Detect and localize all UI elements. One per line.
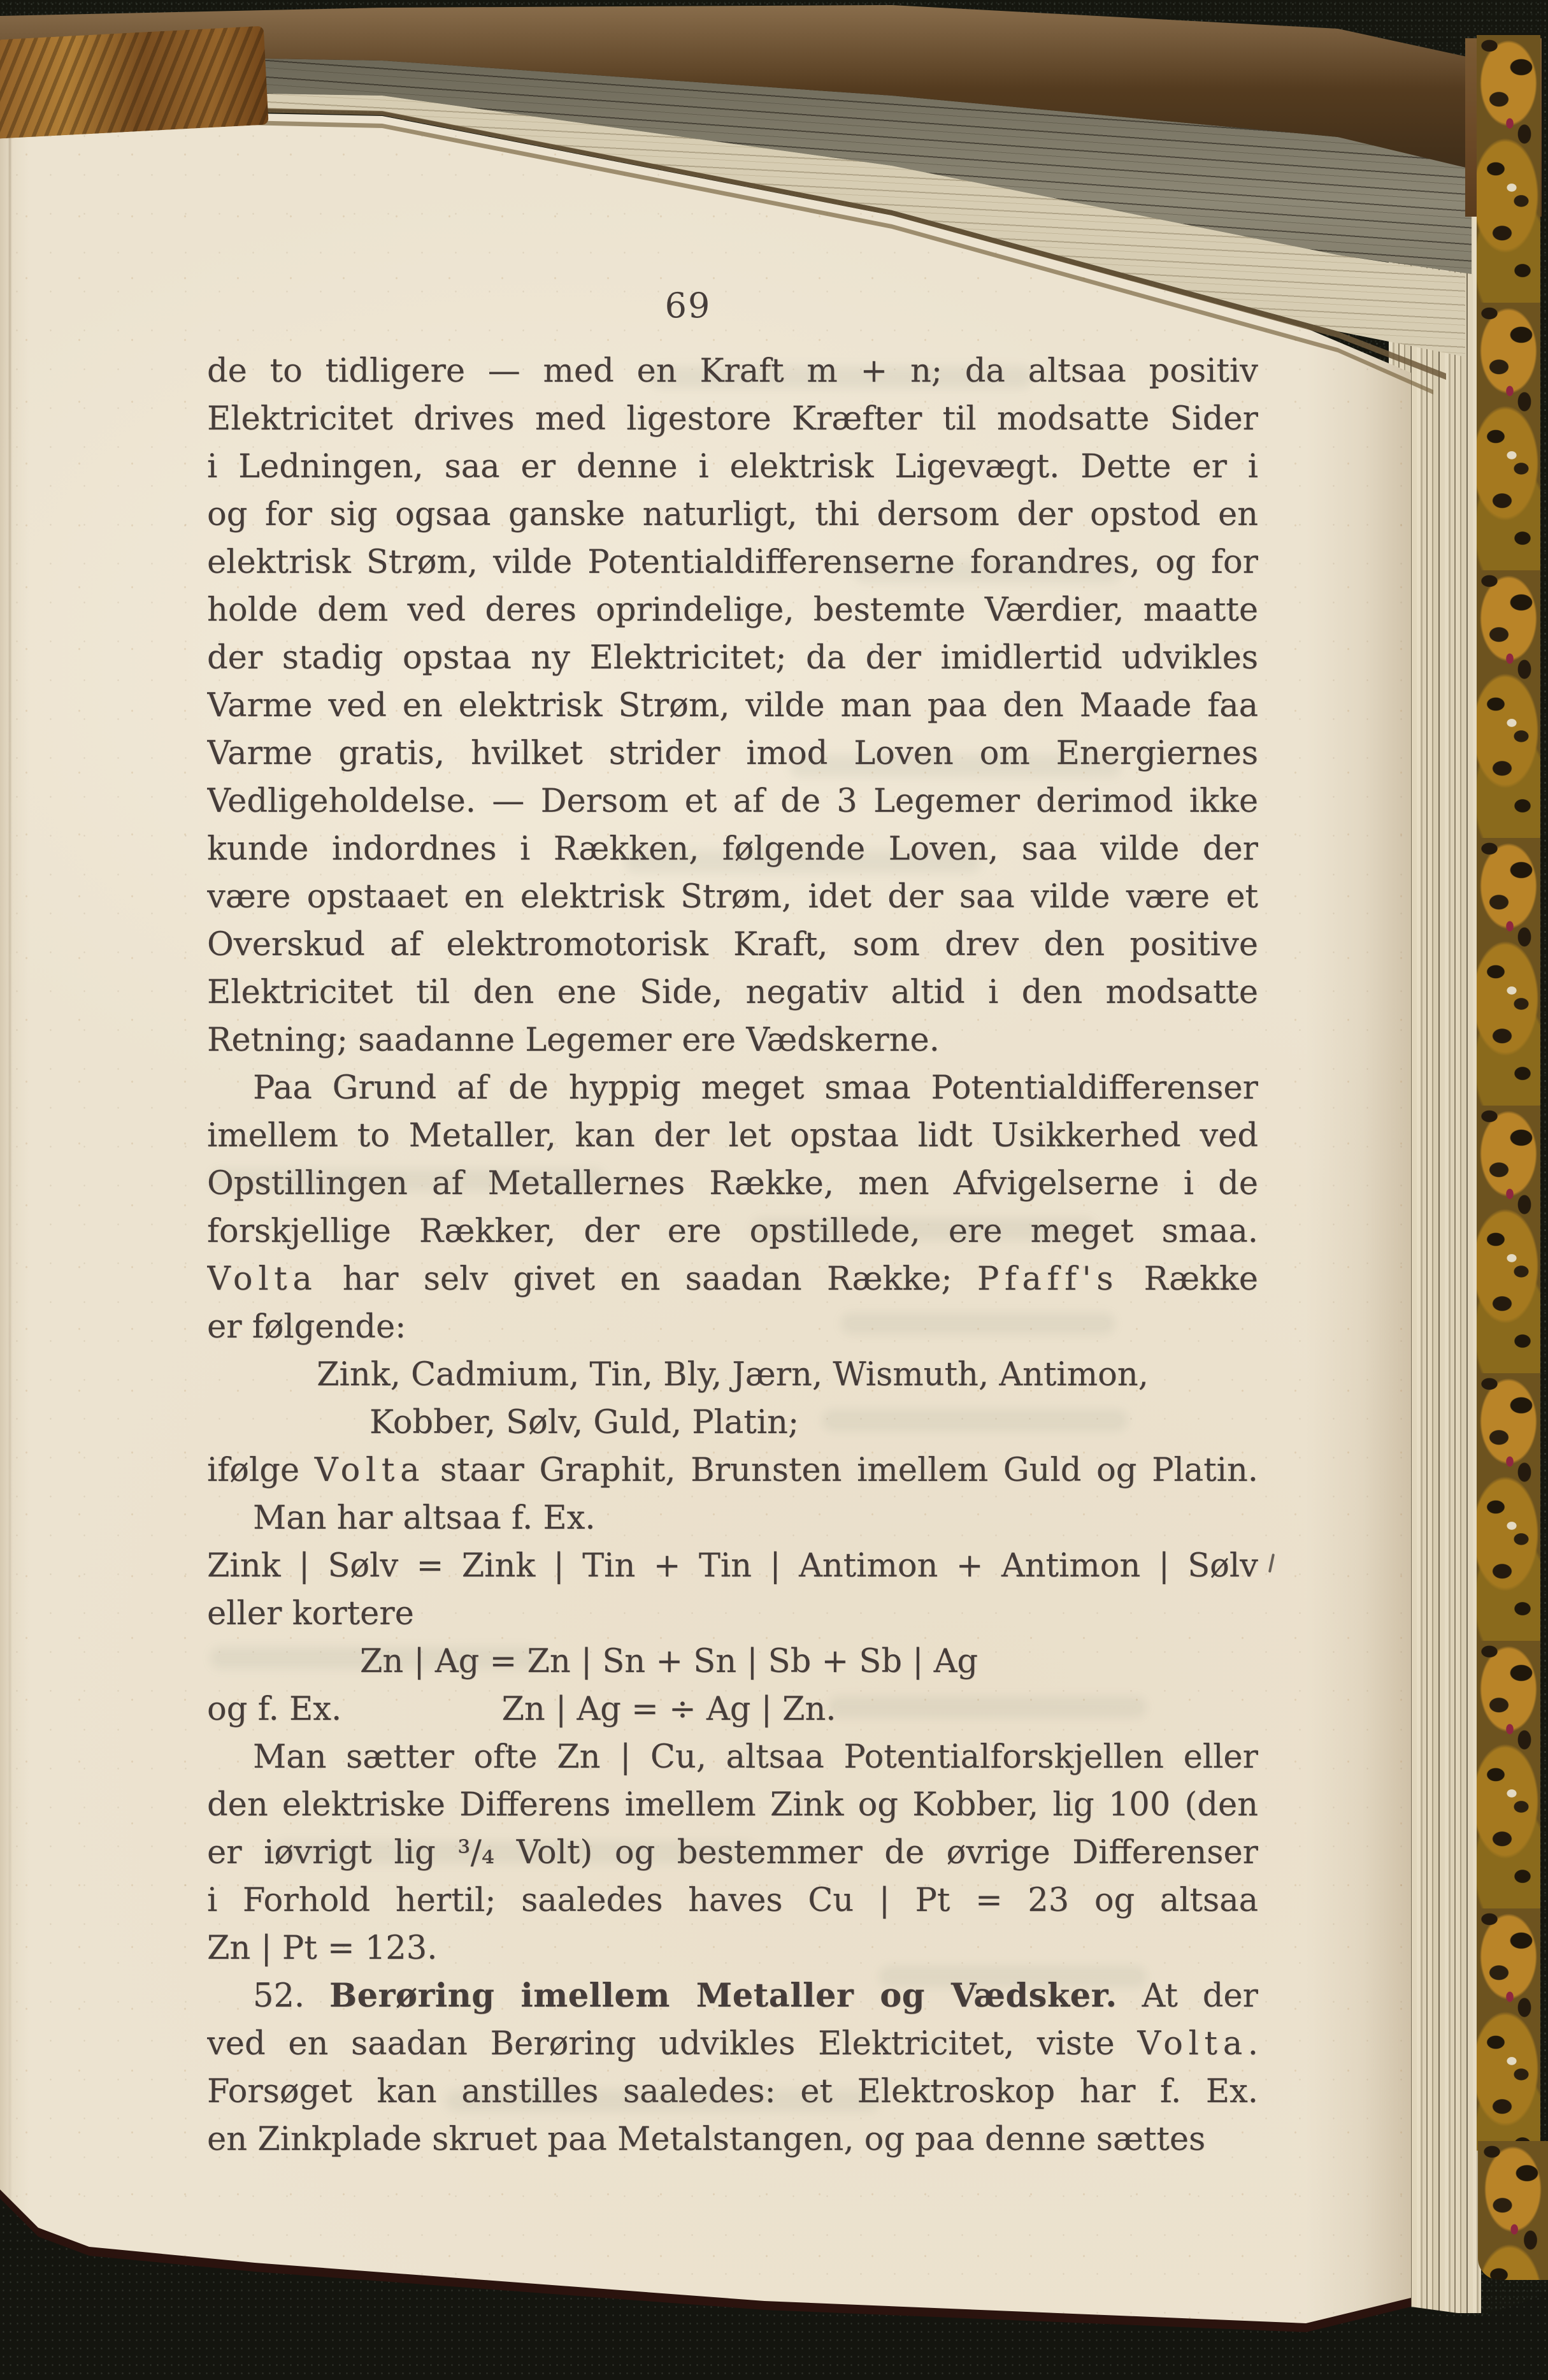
text-run: Varme gratis, hvilket strider imod Loven… — [207, 735, 1258, 772]
text-line: Opstillingen af Metallernes Række, men A… — [207, 1160, 1258, 1208]
text-run: imellem to Metaller, kan der let opstaa … — [207, 1117, 1258, 1155]
text-line: være opstaaet en elektrisk Strøm, idet d… — [207, 873, 1258, 921]
text-line: Retning; saadanne Legemer ere Vædskerne. — [207, 1016, 1258, 1064]
text-line: holde dem ved deres oprindelige, bestemt… — [207, 586, 1258, 634]
text-run: ifølge — [207, 1452, 315, 1489]
line-left-label: og f. Ex. — [207, 1685, 341, 1733]
text-line: i Forhold hertil; saaledes haves Cu | Pt… — [207, 1877, 1258, 1924]
text-line: kunde indordnes i Rækken, følgende Loven… — [207, 825, 1258, 873]
text-line: i Ledningen, saa er denne i elektrisk Li… — [207, 443, 1258, 491]
text-run: Vedligeholdelse. — Dersom et af de 3 Leg… — [207, 783, 1258, 820]
text-run: Zn | Ag = Zn | Sn + Sn | Sb + Sb | Ag — [360, 1643, 978, 1680]
text-line: Elektricitet drives med ligestore Kræfte… — [207, 395, 1258, 443]
text-run: Retning; saadanne Legemer ere Vædskerne. — [207, 1021, 940, 1059]
text-run: staar Graphit, Brunsten imellem Guld og … — [425, 1452, 1258, 1489]
text-run: i Ledningen, saa er denne i elektrisk Li… — [207, 448, 1258, 486]
text-run: At der — [1117, 1977, 1258, 2015]
text-run: Overskud af elektromotorisk Kraft, som d… — [207, 926, 1258, 963]
text-run: Man har altsaa f. Ex. — [253, 1499, 596, 1537]
text-run: og for sig ogsaa ganske naturligt, thi d… — [207, 496, 1258, 533]
text-run: eller kortere — [207, 1595, 414, 1633]
page-text: de to tidligere — med en Kraft m + n; da… — [207, 347, 1258, 2163]
text-line: imellem to Metaller, kan der let opstaa … — [207, 1112, 1258, 1160]
text-line: Forsøget kan anstilles saaledes: et Elek… — [207, 2068, 1258, 2116]
letterspaced-name-run: Pfaff's — [977, 1260, 1119, 1298]
letterspaced-name-run: Volta — [207, 1260, 317, 1298]
marbled-cover-bottom-right — [1478, 2141, 1548, 2280]
text-run: den elektriske Differens imellem Zink og… — [207, 1786, 1258, 1824]
text-run: Zn | Ag = ÷ Ag | Zn. — [501, 1691, 836, 1728]
text-run: Elektricitet til den ene Side, negativ a… — [207, 974, 1258, 1011]
text-run: Række — [1119, 1260, 1258, 1298]
text-run: kunde indordnes i Rækken, følgende Loven… — [207, 830, 1258, 868]
text-run: ved en saadan Berøring udvikles Elektric… — [207, 2025, 1137, 2063]
text-line: eller kortere — [207, 1590, 1258, 1638]
letterspaced-name-run: Volta — [315, 1452, 425, 1489]
text-run: holde dem ved deres oprindelige, bestemt… — [207, 591, 1258, 629]
text-run: Man sætter ofte Zn | Cu, altsaa Potentia… — [253, 1738, 1258, 1776]
text-line: Varme ved en elektrisk Strøm, vilde man … — [207, 682, 1258, 730]
text-line: den elektriske Differens imellem Zink og… — [207, 1781, 1258, 1829]
text-run: Elektricitet drives med ligestore Kræfte… — [207, 400, 1258, 438]
text-run: er iøvrigt lig ³/₄ Volt) og bestemmer de… — [207, 1834, 1258, 1872]
text-line: Zink | Sølv = Zink | Tin + Tin | Antimon… — [207, 1542, 1258, 1590]
text-line: Man har altsaa f. Ex. — [207, 1494, 1258, 1542]
leather-corner-top-left — [0, 26, 269, 140]
text-run: Kobber, Sølv, Guld, Platin; — [369, 1404, 799, 1441]
text-line: en Zinkplade skruet paa Metalstangen, og… — [207, 2116, 1258, 2163]
text-line: de to tidligere — med en Kraft m + n; da… — [207, 347, 1258, 395]
text-line: Vedligeholdelse. — Dersom et af de 3 Leg… — [207, 777, 1258, 825]
text-line: Zn | Pt = 123. — [207, 1924, 1258, 1972]
text-line: elektrisk Strøm, vilde Potentialdifferen… — [207, 538, 1258, 586]
text-line: der stadig opstaa ny Elektricitet; da de… — [207, 634, 1258, 682]
text-run: Zn | Pt = 123. — [207, 1929, 437, 1967]
text-run: Forsøget kan anstilles saaledes: et Elek… — [207, 2073, 1258, 2110]
text-run: Zink | Sølv = Zink | Tin + Tin | Antimon… — [207, 1547, 1258, 1585]
text-run: Opstillingen af Metallernes Række, men A… — [207, 1165, 1258, 1202]
text-line: Man sætter ofte Zn | Cu, altsaa Potentia… — [207, 1733, 1258, 1781]
letterspaced-name-run: Volta — [1137, 2025, 1247, 2063]
text-run: Varme ved en elektrisk Strøm, vilde man … — [207, 687, 1258, 725]
text-line: forskjellige Rækker, der ere opstillede,… — [207, 1208, 1258, 1255]
text-run: der stadig opstaa ny Elektricitet; da de… — [207, 639, 1258, 677]
text-run: har selv givet en saadan Række; — [317, 1260, 977, 1298]
text-run: en Zinkplade skruet paa Metalstangen, og… — [207, 2121, 1205, 2158]
page-gutter-crease — [9, 121, 11, 2211]
text-line: ifølge Volta staar Graphit, Brunsten ime… — [207, 1446, 1258, 1494]
text-line: er følgende: — [207, 1303, 1258, 1351]
text-run: i Forhold hertil; saaledes haves Cu | Pt… — [207, 1882, 1258, 1919]
text-run: Zink, Cadmium, Tin, Bly, Jærn, Wismuth, … — [317, 1356, 1149, 1394]
text-run: forskjellige Rækker, der ere opstillede,… — [207, 1213, 1258, 1250]
text-run: de to tidligere — med en Kraft m + n; da… — [207, 352, 1258, 390]
text-run: og f. Ex. — [207, 1691, 341, 1728]
text-line: Zn | Ag = Zn | Sn + Sn | Sb + Sb | Ag — [207, 1638, 1258, 1685]
text-line: Elektricitet til den ene Side, negativ a… — [207, 969, 1258, 1016]
marbled-cover-right — [1477, 35, 1540, 2151]
text-line: Varme gratis, hvilket strider imod Loven… — [207, 730, 1258, 777]
text-line: og for sig ogsaa ganske naturligt, thi d… — [207, 491, 1258, 538]
text-line: Zink, Cadmium, Tin, Bly, Jærn, Wismuth, … — [207, 1351, 1258, 1399]
text-line: ved en saadan Berøring udvikles Elektric… — [207, 2020, 1258, 2068]
text-run: er følgende: — [207, 1308, 406, 1346]
text-line: Overskud af elektromotorisk Kraft, som d… — [207, 921, 1258, 969]
text-run: 52. — [253, 1977, 329, 2015]
text-run: . — [1248, 2025, 1258, 2063]
page-number: 69 — [207, 285, 1258, 326]
text-run: elektrisk Strøm, vilde Potentialdifferen… — [207, 544, 1258, 586]
bold-heading-run: Berøring imellem Metaller og Vædsker. — [329, 1977, 1117, 2015]
text-run: Paa Grund af de hyppig meget smaa Potent… — [253, 1069, 1258, 1107]
text-line: Paa Grund af de hyppig meget smaa Potent… — [207, 1064, 1258, 1112]
text-line: er iøvrigt lig ³/₄ Volt) og bestemmer de… — [207, 1829, 1258, 1877]
text-line: Kobber, Sølv, Guld, Platin; — [369, 1399, 1258, 1446]
scanned-book-page: 69 de to tidligere — med en Kraft m + n;… — [0, 0, 1548, 2380]
text-line: og f. Ex.Zn | Ag = ÷ Ag | Zn. — [207, 1685, 1258, 1733]
text-line: Volta har selv givet en saadan Række; Pf… — [207, 1255, 1258, 1303]
text-line: 52. Berøring imellem Metaller og Vædsker… — [207, 1972, 1258, 2020]
text-run: være opstaaet en elektrisk Strøm, idet d… — [207, 878, 1258, 916]
